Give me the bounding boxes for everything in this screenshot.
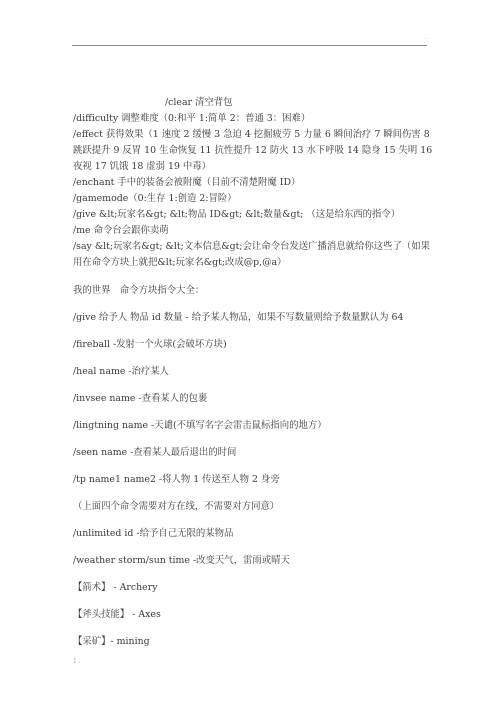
command-give-syntax: /give &lt;玩家名&gt; &lt;物品 ID&gt; &lt;数量&g… xyxy=(73,207,433,223)
paragraph-give: /give 给予人 物品 id 数量 - 给予某人物品，如果不写数量则给予数量默… xyxy=(73,310,433,326)
command-say: /say &lt;玩家名&gt; &lt;文本信息&gt;会让命令台发送广播消息… xyxy=(73,239,433,271)
command-me: /me 命令台会跟你卖萌 xyxy=(73,223,433,239)
paragraph-mining: 【采矿】- mining xyxy=(73,634,433,650)
document-page: · /clear 清空背包 /difficulty 调整难度（0:和平 1:简单… xyxy=(0,0,500,708)
command-difficulty: /difficulty 调整难度（0:和平 1:简单 2：普通 3：困难） xyxy=(73,111,433,127)
header-corner-mark: · xyxy=(425,36,427,43)
paragraph-fireball: /fireball -发射一个火球(会破坏方块) xyxy=(73,337,433,353)
paragraph-unlimited: /unlimited id -给予自己无限的某物品 xyxy=(73,526,433,542)
paragraph-lightning: /lingtning name -天谴(不填写名字会雷击鼠标指向的地方） xyxy=(73,418,433,434)
paragraph-note: （上面四个命令需要对方在线，不需要对方同意） xyxy=(73,499,433,515)
section-title: 我的世界 命令方块指令大全： xyxy=(73,283,433,299)
paragraph-archery: 【箭术】 - Archery xyxy=(73,580,433,596)
paragraph-heal: /heal name -治疗某人 xyxy=(73,364,433,380)
paragraph-tp: /tp name1 name2 -将人物 1 传送至人物 2 身旁 xyxy=(73,472,433,488)
paragraph-seen: /seen name -查看某人最后退出的时间 xyxy=(73,445,433,461)
command-gamemode: /gamemode（0:生存 1:创造 2:冒险） xyxy=(73,191,433,207)
paragraph-axes: 【斧头技能】 - Axes xyxy=(73,607,433,623)
paragraph-weather: /weather storm/sun time -改变天气，雷雨或晴天 xyxy=(73,553,433,569)
header-rule xyxy=(72,45,427,46)
paragraph-invsee: /invsee name -查看某人的包裹 xyxy=(73,391,433,407)
command-clear: /clear 清空背包 xyxy=(73,95,500,111)
page-number-mark: 1 . xyxy=(73,658,81,665)
command-effect: /effect 获得效果（1 速度 2 缓慢 3 急迫 4 挖掘疲劳 5 力量 … xyxy=(73,127,433,175)
command-enchant: /enchant 手中的装备会被附魔（目前不清楚附魔 ID） xyxy=(73,175,433,191)
